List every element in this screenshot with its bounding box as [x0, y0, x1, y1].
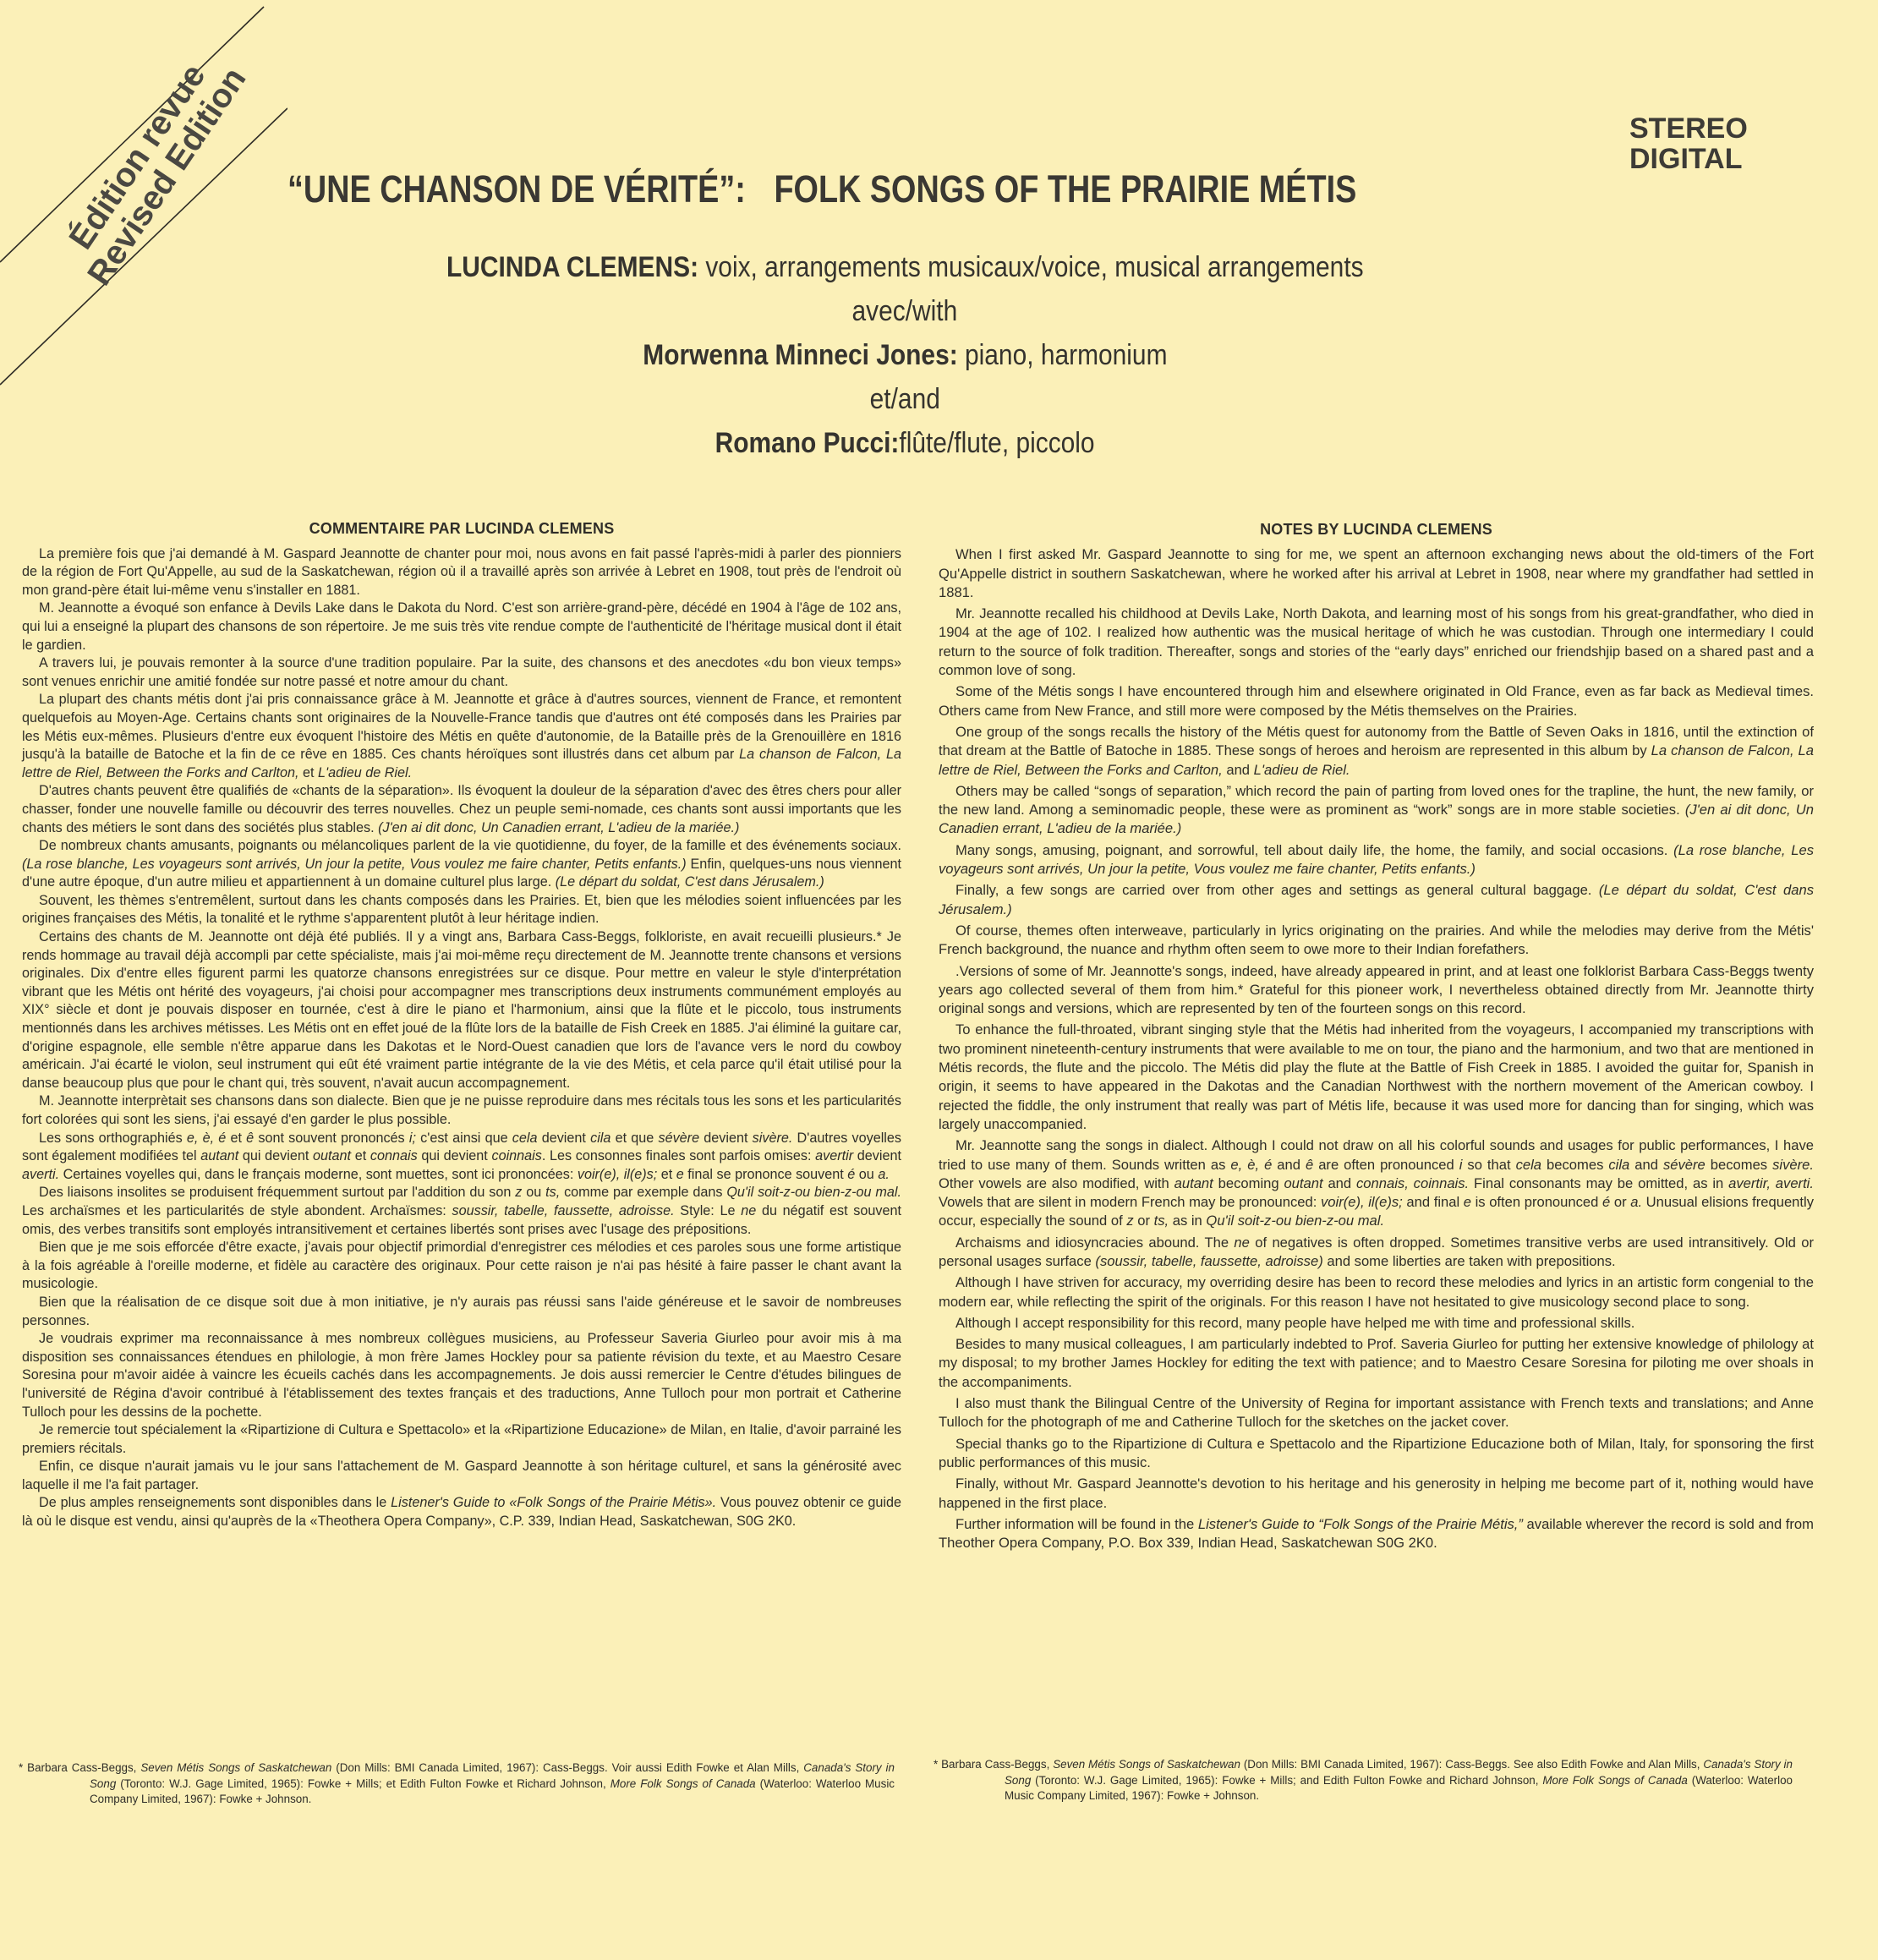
- paragraph: Mr. Jeannotte recalled his childhood at …: [939, 605, 1814, 680]
- album-title-english: FOLK SONGS OF THE PRAIRIE MÉTIS: [774, 167, 1356, 211]
- paragraph: De nombreux chants amusants, poignants o…: [22, 837, 901, 892]
- performer-role: voix, arrangements musicaux/voice, music…: [698, 251, 1364, 283]
- english-notes-column: NOTES BY LUCINDA CLEMENS When I first as…: [939, 520, 1814, 1555]
- credit-romano: Romano Pucci:flûte/flute, piccolo: [715, 421, 1095, 465]
- english-notes-heading: NOTES BY LUCINDA CLEMENS: [939, 520, 1814, 539]
- album-title: “UNE CHANSON DE VÉRITÉ”:FOLK SONGS OF TH…: [287, 167, 1388, 211]
- format-stereo: STEREO: [1629, 113, 1748, 144]
- paragraph: When I first asked Mr. Gaspard Jeannotte…: [939, 545, 1814, 602]
- paragraph: M. Jeannotte interprètait ses chansons d…: [22, 1092, 901, 1129]
- paragraph: La plupart des chants métis dont j'ai pr…: [22, 691, 901, 782]
- paragraph: Souvent, les thèmes s'entremêlent, surto…: [22, 892, 901, 928]
- paragraph: Des liaisons insolites se produisent fré…: [22, 1184, 901, 1239]
- english-footnote: * Barbara Cass-Beggs, Seven Métis Songs …: [930, 1757, 1793, 1804]
- paragraph: Bien que je me sois efforcée d'être exac…: [22, 1239, 901, 1294]
- paragraph: Others may be called “songs of separatio…: [939, 782, 1814, 839]
- credit-with: avec/with: [852, 289, 958, 333]
- paragraph: Certains des chants de M. Jeannotte ont …: [22, 928, 901, 1092]
- paragraph: La première fois que j'ai demandé à M. G…: [22, 545, 901, 600]
- paragraph: Enfin, ce disque n'aurait jamais vu le j…: [22, 1458, 901, 1494]
- banner-line-french: Édition revue: [24, 0, 252, 314]
- paragraph: Archaisms and idiosyncracies abound. The…: [939, 1234, 1814, 1272]
- banner-line-english: Revised Edition: [53, 19, 282, 334]
- paragraph: Although I accept responsibility for thi…: [939, 1314, 1814, 1333]
- footnote-text: * Barbara Cass-Beggs, Seven Métis Songs …: [930, 1757, 1793, 1804]
- performer-credits: LUCINDA CLEMENS: voix, arrangements musi…: [254, 245, 1556, 465]
- performer-role: flûte/flute, piccolo: [899, 427, 1094, 459]
- paragraph: Special thanks go to the Ripartizione di…: [939, 1435, 1814, 1473]
- credit-and: et/and: [869, 377, 939, 421]
- english-notes-body: When I first asked Mr. Gaspard Jeannotte…: [939, 545, 1814, 1552]
- footnote-text: * Barbara Cass-Beggs, Seven Métis Songs …: [15, 1760, 895, 1808]
- performer-role: piano, harmonium: [957, 339, 1167, 371]
- paragraph: Some of the Métis songs I have encounter…: [939, 682, 1814, 720]
- paragraph: Mr. Jeannotte sang the songs in dialect.…: [939, 1136, 1814, 1230]
- paragraph: A travers lui, je pouvais remonter à la …: [22, 654, 901, 691]
- paragraph: Many songs, amusing, poignant, and sorro…: [939, 841, 1814, 879]
- french-notes-heading: COMMENTAIRE PAR LUCINDA CLEMENS: [22, 520, 901, 539]
- paragraph: Bien que la réalisation de ce disque soi…: [22, 1294, 901, 1330]
- credit-lucinda: LUCINDA CLEMENS: voix, arrangements musi…: [446, 245, 1364, 289]
- performer-name: Morwenna Minneci Jones:: [643, 339, 957, 371]
- paragraph: Les sons orthographiés e, è, é et ê sont…: [22, 1130, 901, 1185]
- paragraph: One group of the songs recalls the histo…: [939, 723, 1814, 780]
- french-notes-column: COMMENTAIRE PAR LUCINDA CLEMENS La premi…: [22, 520, 901, 1531]
- paragraph: Finally, a few songs are carried over fr…: [939, 881, 1814, 919]
- album-title-french: “UNE CHANSON DE VÉRITÉ”:: [287, 167, 746, 211]
- french-footnote: * Barbara Cass-Beggs, Seven Métis Songs …: [15, 1760, 895, 1808]
- paragraph: Besides to many musical colleagues, I am…: [939, 1335, 1814, 1392]
- paragraph: M. Jeannotte a évoqué son enfance à Devi…: [22, 599, 901, 654]
- paragraph: D'autres chants peuvent être qualifiés d…: [22, 782, 901, 837]
- paragraph: De plus amples renseignements sont dispo…: [22, 1494, 901, 1530]
- paragraph: Although I have striven for accuracy, my…: [939, 1273, 1814, 1311]
- paragraph: Je voudrais exprimer ma reconnaissance à…: [22, 1330, 901, 1421]
- revised-edition-banner: Édition revue Revised Edition: [24, 0, 282, 334]
- paragraph: Je remercie tout spécialement la «Ripart…: [22, 1421, 901, 1458]
- french-notes-body: La première fois que j'ai demandé à M. G…: [22, 545, 901, 1531]
- paragraph: Of course, themes often interweave, part…: [939, 922, 1814, 960]
- credit-morwenna: Morwenna Minneci Jones: piano, harmonium: [643, 333, 1167, 377]
- format-digital: DIGITAL: [1629, 144, 1748, 174]
- paragraph: I also must thank the Bilingual Centre o…: [939, 1394, 1814, 1432]
- paragraph: Further information will be found in the…: [939, 1515, 1814, 1553]
- format-label: STEREO DIGITAL: [1629, 113, 1748, 174]
- paragraph: To enhance the full-throated, vibrant si…: [939, 1021, 1814, 1134]
- paragraph: .Versions of some of Mr. Jeannotte's son…: [939, 962, 1814, 1019]
- performer-name: LUCINDA CLEMENS:: [446, 251, 698, 283]
- performer-name: Romano Pucci:: [715, 427, 900, 459]
- paragraph: Finally, without Mr. Gaspard Jeannotte's…: [939, 1475, 1814, 1513]
